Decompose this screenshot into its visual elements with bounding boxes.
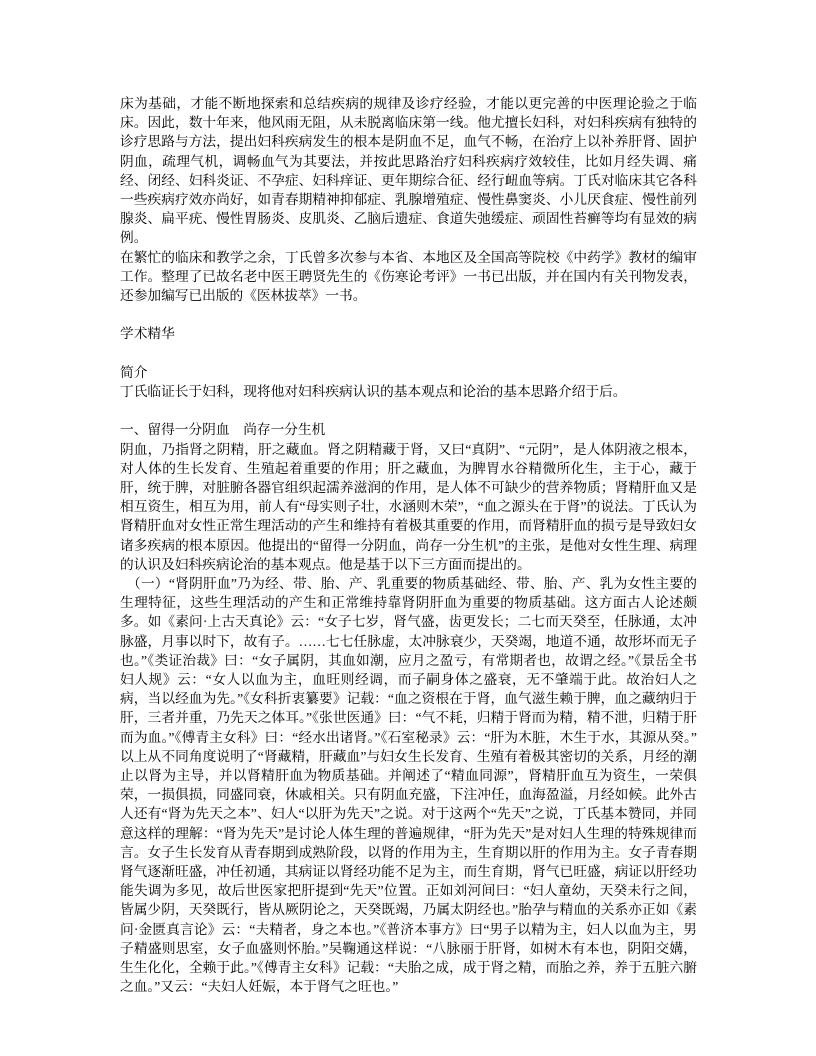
paragraph-introduction: 丁氏临证长于妇科，现将他对妇科疾病认识的基本观点和论治的基本思路介绍于后。: [120, 382, 697, 401]
document-page: 床为基础，才能不断地探索和总结疾病的规律及诊疗经验，才能以更完善的中医理论验之于…: [0, 0, 816, 1056]
paragraph-editorial-work: 在繁忙的临床和教学之余，丁氏曾多次参与本省、本地区及全国高等院校《中药学》教材的…: [120, 248, 697, 306]
heading-section-one: 一、留得一分阴血 尚存一分生机: [120, 420, 697, 439]
paragraph-clinical-experience: 床为基础，才能不断地探索和总结疾病的规律及诊疗经验，才能以更完善的中医理论验之于…: [120, 94, 697, 248]
paragraph-material-basis: （一）“肾阴肝血”乃为经、带、胎、产、乳重要的物质基础经、带、胎、产、乳为女性主…: [120, 574, 697, 996]
text-column: 床为基础，才能不断地探索和总结疾病的规律及诊疗经验，才能以更完善的中医理论验之于…: [120, 94, 697, 997]
paragraph-yinblood-concept: 阴血，乃指肾之阴精，肝之藏血。肾之阴精藏于肾，又曰“真阴”、“元阴”，是人体阴液…: [120, 440, 697, 574]
heading-academic-essence: 学术精华: [120, 324, 697, 343]
heading-introduction: 简介: [120, 363, 697, 382]
